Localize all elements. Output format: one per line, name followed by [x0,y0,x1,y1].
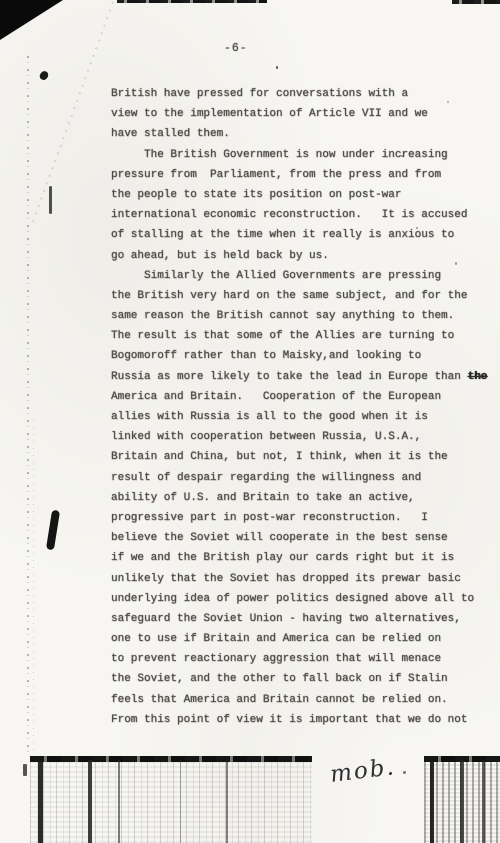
typed-line: unlikely that the Soviet has dropped its… [111,569,487,589]
typed-line: linked with cooperation between Russia, … [111,427,487,447]
ink-smudge-artifact [46,510,60,551]
scan-edge-artifact-top-left [117,0,267,3]
diagonal-crease-artifact [32,2,114,223]
typed-line: pressure from Parliament, from the press… [111,165,487,185]
vertical-crease-artifact-2 [33,420,34,750]
typed-line: Russia as more likely to take the lead i… [111,367,487,387]
typed-line: progressive part in post-war reconstruct… [111,508,487,528]
typed-line: allies with Russia is all to the good wh… [111,407,487,427]
scan-stripe [430,760,434,843]
speck-artifact [276,66,278,69]
speck-artifact [432,338,434,340]
speck-artifact [416,227,418,229]
corner-fold-artifact [0,0,63,40]
scan-stripe [88,760,92,843]
typed-line: have stalled them. [111,124,487,144]
page-number: -6- [224,42,248,55]
speck-artifact [455,262,457,265]
scan-stripe [460,760,464,843]
typed-line: the people to state its position on post… [111,185,487,205]
typed-line: The result is that some of the Allies ar… [111,326,487,346]
typed-line: international economic reconstruction. I… [111,205,487,225]
typed-line: feels that America and Britain cannot be… [111,690,487,710]
typed-line: to prevent reactionary aggression that w… [111,649,487,669]
typed-line: believe the Soviet will cooperate in the… [111,528,487,548]
typed-text-body: British have pressed for conversations w… [111,84,487,730]
struck-out-word: the [467,371,487,383]
typed-line: underlying idea of power politics design… [111,589,487,609]
ink-blob-artifact [39,70,50,81]
scan-artifact-bottom-right [424,756,500,843]
scan-artifact-bottom-left [30,756,312,843]
typed-line: if we and the British play our cards rig… [111,548,487,568]
handwritten-note: mob. [329,754,397,788]
vertical-crease-artifact [27,56,29,756]
typed-line: safeguard the Soviet Union - having two … [111,609,487,629]
speck-artifact [401,155,403,157]
typed-line: result of despair regarding the willingn… [111,468,487,488]
speck-artifact [23,764,27,776]
scanned-document-page: -6- British have pressed for conversatio… [0,0,500,843]
typed-line: go ahead, but is held back by us. [111,246,487,266]
typed-line: The British Government is now under incr… [111,145,487,165]
scan-edge-artifact-top-right [452,0,500,4]
speck-artifact [447,101,449,103]
typed-line: the British very hard on the same subjec… [111,286,487,306]
scan-stripe [180,760,181,843]
scan-stripe [118,760,120,843]
scan-stripe [38,760,43,843]
typed-line: the Soviet, and the other to fall back o… [111,669,487,689]
typed-line: ability of U.S. and Britain to take an a… [111,488,487,508]
speck-artifact [403,771,406,774]
scan-stripe [482,760,485,843]
typed-line: of stalling at the time when it really i… [111,225,487,245]
typed-line: Bogomoroff rather than to Maisky,and loo… [111,346,487,366]
typed-line: British have pressed for conversations w… [111,84,487,104]
ink-dash-artifact [49,186,52,214]
scan-stripe [226,760,228,843]
typed-line: view to the implementation of Article VI… [111,104,487,124]
typed-line: America and Britain. Cooperation of the … [111,387,487,407]
typed-line: Britain and China, but not, I think, whe… [111,447,487,467]
typed-line: one to use if Britain and America can be… [111,629,487,649]
typed-line: From this point of view it is important … [111,710,487,730]
typed-line: Similarly the Allied Governments are pre… [111,266,487,286]
typed-line: same reason the British cannot say anyth… [111,306,487,326]
